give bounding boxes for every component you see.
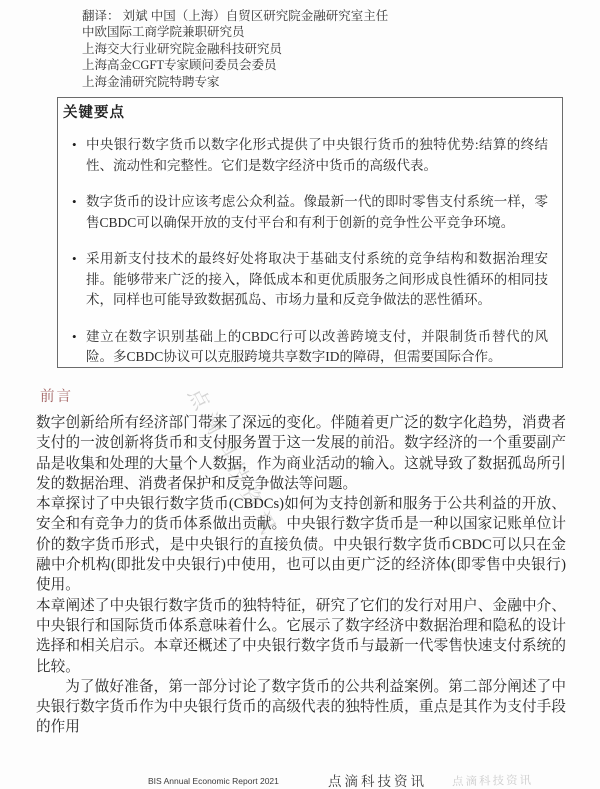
paragraph: 本章探讨了中央银行数字货币(CBDCs)如何为支持创新和服务于公共利益的开放、安…: [36, 494, 566, 595]
key-points-title: 关键要点: [63, 101, 548, 122]
translator-line: 上海金浦研究院特聘专家: [82, 74, 562, 90]
paragraph: 数字创新给所有经济部门带来了深远的变化。伴随着更广泛的数字化趋势，消费者支付的一…: [36, 413, 566, 494]
bullet-icon: •: [72, 192, 77, 213]
translator-block: 翻译： 刘斌 中国（上海）自贸区研究院金融研究室主任 中欧国际工商学院兼职研究员…: [82, 8, 562, 90]
key-point-text: 中央银行数字货币以数字化形式提供了中央银行货币的独特优势:结算的终结性、流动性和…: [86, 137, 548, 173]
translator-line: 中欧国际工商学院兼职研究员: [82, 24, 562, 40]
key-points-box: 关键要点 • 中央银行数字货币以数字化形式提供了中央银行货币的独特优势:结算的终…: [57, 97, 563, 368]
paragraph: 为了做好准备，第一部分讨论了数字货币的公共利益案例。第二部分阐述了中央银行数字货…: [36, 677, 566, 738]
bullet-icon: •: [72, 327, 77, 348]
translator-line: 上海交大行业研究院金融科技研究员: [82, 41, 562, 57]
key-points-list: • 中央银行数字货币以数字化形式提供了中央银行货币的独特优势:结算的终结性、流动…: [63, 135, 548, 368]
footer-report-title: BIS Annual Economic Report 2021: [148, 776, 279, 786]
key-point-text: 数字货币的设计应该考虑公众利益。像最新一代的即时零售支付系统一样，零售CBDC可…: [86, 194, 548, 230]
key-point-item: • 采用新支付技术的最终好处将取决于基础支付系统的竞争结构和数据治理安排。能够带…: [63, 249, 548, 311]
translator-line: 翻译： 刘斌 中国（上海）自贸区研究院金融研究室主任: [82, 8, 562, 24]
bullet-icon: •: [72, 135, 77, 156]
key-point-text: 建立在数字识别基础上的CBDC行可以改善跨境支付，并限制货币替代的风险。多CBD…: [86, 329, 548, 365]
footer-source-label: 点滴科技资讯: [328, 770, 427, 789]
document-page: 点滴科技资讯 翻译： 刘斌 中国（上海）自贸区研究院金融研究室主任 中欧国际工商…: [0, 0, 600, 789]
translator-line: 上海高金CGFT专家顾问委员会委员: [82, 57, 562, 73]
key-point-text: 采用新支付技术的最终好处将取决于基础支付系统的竞争结构和数据治理安排。能够带来广…: [86, 251, 548, 307]
bullet-icon: •: [72, 249, 77, 270]
key-point-item: • 中央银行数字货币以数字化形式提供了中央银行货币的独特优势:结算的终结性、流动…: [63, 135, 548, 176]
preface-heading: 前言: [40, 385, 73, 406]
preface-body: 数字创新给所有经济部门带来了深远的变化。伴随着更广泛的数字化趋势，消费者支付的一…: [36, 413, 566, 738]
paragraph: 本章阐述了中央银行数字货币的独特特征，研究了它们的发行对用户、金融中介、中央银行…: [36, 596, 566, 677]
footer-watermark: 点滴科技资讯: [452, 771, 592, 789]
key-point-item: • 数字货币的设计应该考虑公众利益。像最新一代的即时零售支付系统一样，零售CBD…: [63, 192, 548, 233]
key-point-item: • 建立在数字识别基础上的CBDC行可以改善跨境支付，并限制货币替代的风险。多C…: [63, 327, 548, 368]
